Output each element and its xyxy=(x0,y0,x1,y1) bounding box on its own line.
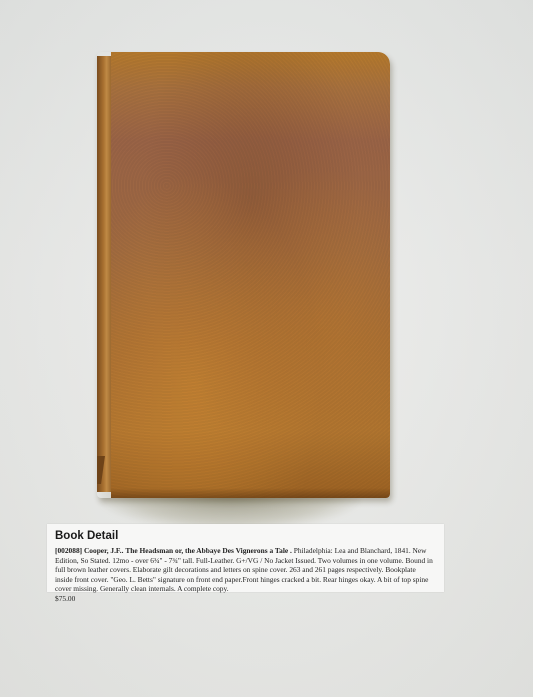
book-title: The Headsman or, the Abbaye Des Vigneron… xyxy=(125,546,292,555)
book-detail-card: Book Detail [002088] Cooper, J.F.. The H… xyxy=(47,524,444,592)
author: Cooper, J.F.. xyxy=(84,546,124,555)
price: $75.00 xyxy=(55,594,434,603)
book-photo xyxy=(97,52,390,498)
book-cover xyxy=(111,52,390,498)
book-bottom-edge xyxy=(111,488,390,498)
spine-tear xyxy=(97,456,105,484)
card-title: Book Detail xyxy=(55,530,434,543)
item-id: [002088] xyxy=(55,546,82,555)
card-description: [002088] Cooper, J.F.. The Headsman or, … xyxy=(55,546,434,603)
